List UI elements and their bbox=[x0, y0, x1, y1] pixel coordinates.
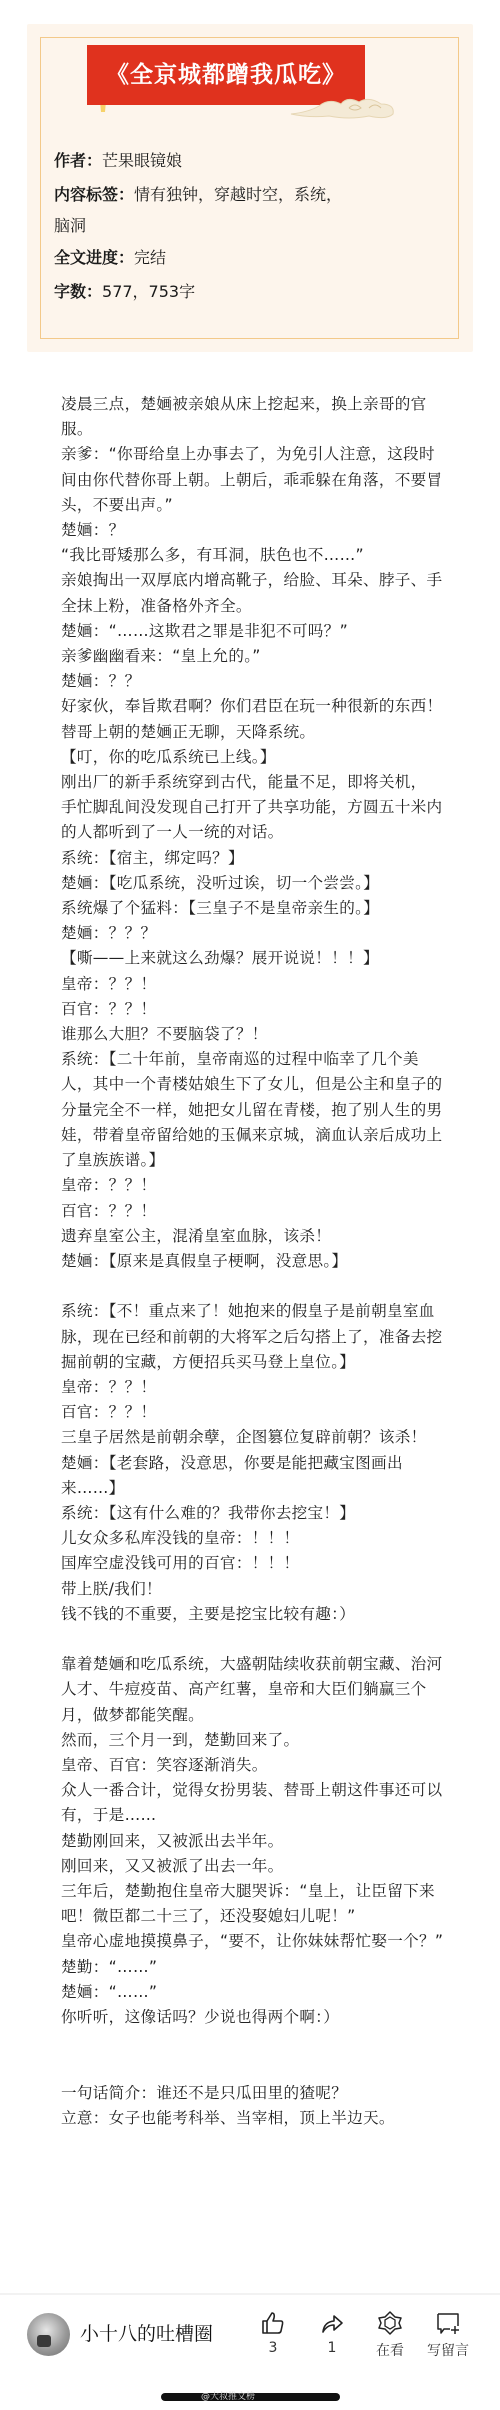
paragraph: 儿女众多私库没钱的皇帝：！！！ bbox=[61, 1526, 446, 1551]
share-count: 1 bbox=[302, 2340, 362, 2356]
wordcount-row: 字数：577，753字 bbox=[54, 275, 424, 309]
watermark: @大叔推文榜 bbox=[161, 2393, 340, 2401]
book-info-card: 《全京城都蹭我瓜吃》 作者：芒果眼镜娘 内容标签：情有独钟，穿越时空，系统， 脑… bbox=[27, 24, 473, 352]
progress-label: 全文进度： bbox=[54, 248, 134, 267]
paragraph: 系统：【二十年前，皇帝南巡的过程中临幸了几个美人，其中一个青楼姑娘生下了女儿，但… bbox=[61, 1047, 446, 1173]
tags-row: 内容标签：情有独钟，穿越时空，系统， bbox=[54, 178, 424, 212]
paragraph-gap bbox=[61, 1274, 446, 1299]
paragraph: 皇帝、百官：笑容逐渐消失。 bbox=[61, 1753, 446, 1778]
paragraph: 亲娘掏出一双厚底内增高靴子，给脸、耳朵、脖子、手全抹上粉，准备格外齐全。 bbox=[61, 568, 446, 618]
paragraph: 然而，三个月一到，楚勤回来了。 bbox=[61, 1728, 446, 1753]
account-avatar[interactable] bbox=[27, 2313, 70, 2356]
paragraph: 楚婳：【吃瓜系统，没听过诶，切一个尝尝。】 bbox=[61, 871, 446, 896]
wordcount-label: 字数： bbox=[54, 282, 102, 301]
paragraph: 楚婳：？？ bbox=[61, 669, 446, 694]
paragraph: 楚婳：【原来是真假皇子梗啊，没意思。】 bbox=[61, 1249, 446, 1274]
paragraph: 百官：？？！ bbox=[61, 997, 446, 1022]
like-button[interactable]: 3 bbox=[243, 2310, 303, 2356]
paragraph: 亲爹幽幽看来：“皇上允的。” bbox=[61, 644, 446, 669]
paragraph: 众人一番合计，觉得女扮男装、替哥上朝这件事还可以有，于是…… bbox=[61, 1778, 446, 1828]
paragraph: 系统爆了个猛料：【三皇子不是皇帝亲生的。】 bbox=[61, 896, 446, 921]
paragraph: 你听听，这像话吗？少说也得两个啊：） bbox=[61, 2005, 446, 2030]
paragraph: 三皇子居然是前朝余孽，企图篡位复辟前朝？该杀！ bbox=[61, 1425, 446, 1450]
tags-value: 情有独钟，穿越时空，系统， bbox=[134, 185, 342, 204]
paragraph: 楚婳：【老套路，没意思，你要是能把藏宝图画出来……】 bbox=[61, 1451, 446, 1501]
wow-label: 在看 bbox=[360, 2340, 420, 2360]
paragraph: 楚勤刚回来，又被派出去半年。 bbox=[61, 1829, 446, 1854]
paragraph: 替哥上朝的楚婳正无聊，天降系统。 bbox=[61, 720, 446, 745]
author-label: 作者： bbox=[54, 151, 102, 170]
cloud-decoration-icon bbox=[289, 92, 399, 122]
share-button[interactable]: 1 bbox=[302, 2310, 362, 2356]
wow-flower-icon bbox=[377, 2310, 403, 2336]
paragraph: 刚出厂的新手系统穿到古代，能量不足，即将关机， bbox=[61, 770, 446, 795]
paragraph: 楚婳：“……” bbox=[61, 1980, 446, 2005]
article-body: 凌晨三点，楚婳被亲娘从床上挖起来，换上亲哥的官服。亲爹：“你哥给皇上办事去了，为… bbox=[61, 392, 446, 2131]
paragraph: 凌晨三点，楚婳被亲娘从床上挖起来，换上亲哥的官服。 bbox=[61, 392, 446, 442]
paragraph: 好家伙，奉旨欺君啊？你们君臣在玩一种很新的东西！ bbox=[61, 694, 446, 719]
paragraph: 楚婳：？ bbox=[61, 518, 446, 543]
tags-label: 内容标签： bbox=[54, 185, 134, 204]
paragraph: 百官：？？！ bbox=[61, 1400, 446, 1425]
paragraph: 手忙脚乱间没发现自己打开了共享功能，方圆五十米内的人都听到了一人一统的对话。 bbox=[61, 795, 446, 845]
paragraph: 一句话简介：谁还不是只瓜田里的猹呢？ bbox=[61, 2081, 446, 2106]
tags-row-continued: 脑洞 bbox=[54, 211, 424, 241]
wordcount-value: 577，753字 bbox=[102, 282, 195, 301]
paragraph: 楚勤：“……” bbox=[61, 1955, 446, 1980]
paragraph: 【叮，你的吃瓜系统已上线。】 bbox=[61, 745, 446, 770]
author-row: 作者：芒果眼镜娘 bbox=[54, 144, 424, 178]
thumbs-up-icon bbox=[260, 2310, 286, 2336]
paragraph: 遗弃皇室公主，混淆皇室血脉，该杀！ bbox=[61, 1224, 446, 1249]
paragraph: 立意：女子也能考科举、当宰相，顶上半边天。 bbox=[61, 2106, 446, 2131]
watermark-text: @大叔推文榜 bbox=[201, 2389, 255, 2402]
paragraph: 谁那么大胆？不要脑袋了？！ bbox=[61, 1022, 446, 1047]
paragraph: 皇帝：？？！ bbox=[61, 1375, 446, 1400]
paragraph: 刚回来，又又被派了出去一年。 bbox=[61, 1854, 446, 1879]
comment-label: 写留言 bbox=[418, 2340, 478, 2360]
paragraph: 系统：【不！重点来了！她抱来的假皇子是前朝皇室血脉，现在已经和前朝的大将军之后勾… bbox=[61, 1299, 446, 1375]
paragraph: “我比哥矮那么多，有耳洞，肤色也不……” bbox=[61, 543, 446, 568]
paragraph: 百官：？？！ bbox=[61, 1199, 446, 1224]
share-arrow-icon bbox=[319, 2310, 345, 2336]
paragraph: 带上朕/我们！ bbox=[61, 1577, 446, 1602]
paragraph: 亲爹：“你哥给皇上办事去了，为免引人注意，这段时间由你代替你哥上朝。上朝后，乖乖… bbox=[61, 442, 446, 518]
paragraph: 国库空虚没钱可用的百官：！！！ bbox=[61, 1551, 446, 1576]
paragraph: 皇帝：？？！ bbox=[61, 1173, 446, 1198]
paragraph: 楚婳：“……这欺君之罪是非犯不可吗？” bbox=[61, 619, 446, 644]
paragraph: 靠着楚婳和吃瓜系统，大盛朝陆续收获前朝宝藏、治河人才、牛痘疫苗、高产红薯，皇帝和… bbox=[61, 1652, 446, 1728]
paragraph: 钱不钱的不重要，主要是挖宝比较有趣：） bbox=[61, 1602, 446, 1627]
account-name[interactable]: 小十八的吐槽圈 bbox=[80, 2319, 213, 2346]
paragraph: 系统：【这有什么难的？我带你去挖宝！】 bbox=[61, 1501, 446, 1526]
paragraph-gap bbox=[61, 1627, 446, 1652]
book-info: 作者：芒果眼镜娘 内容标签：情有独钟，穿越时空，系统， 脑洞 全文进度：完结 字… bbox=[54, 144, 424, 308]
paragraph: 皇帝：？？！ bbox=[61, 972, 446, 997]
progress-row: 全文进度：完结 bbox=[54, 241, 424, 275]
author-value: 芒果眼镜娘 bbox=[102, 151, 182, 170]
paragraph-gap bbox=[61, 2030, 446, 2055]
article-footer: 小十八的吐槽圈 3 1 在看 写留言 bbox=[0, 2300, 500, 2370]
paragraph-gap bbox=[61, 2055, 446, 2080]
footer-divider bbox=[0, 2293, 500, 2295]
paragraph: 三年后，楚勤抱住皇帝大腿哭诉：“皇上，让臣留下来吧！微臣都二十三了，还没娶媳妇儿… bbox=[61, 1879, 446, 1929]
paragraph: 【嘶——上来就这么劲爆？展开说说！！！】 bbox=[61, 946, 446, 971]
wow-button[interactable]: 在看 bbox=[360, 2310, 420, 2360]
paragraph: 皇帝心虚地摸摸鼻子，“要不，让你妹妹帮忙娶一个？” bbox=[61, 1929, 446, 1954]
paragraph: 系统：【宿主，绑定吗？】 bbox=[61, 846, 446, 871]
like-count: 3 bbox=[243, 2340, 303, 2356]
progress-value: 完结 bbox=[134, 248, 166, 267]
paragraph: 楚婳：？？？ bbox=[61, 921, 446, 946]
comment-add-icon bbox=[435, 2310, 461, 2336]
comment-button[interactable]: 写留言 bbox=[418, 2310, 478, 2360]
